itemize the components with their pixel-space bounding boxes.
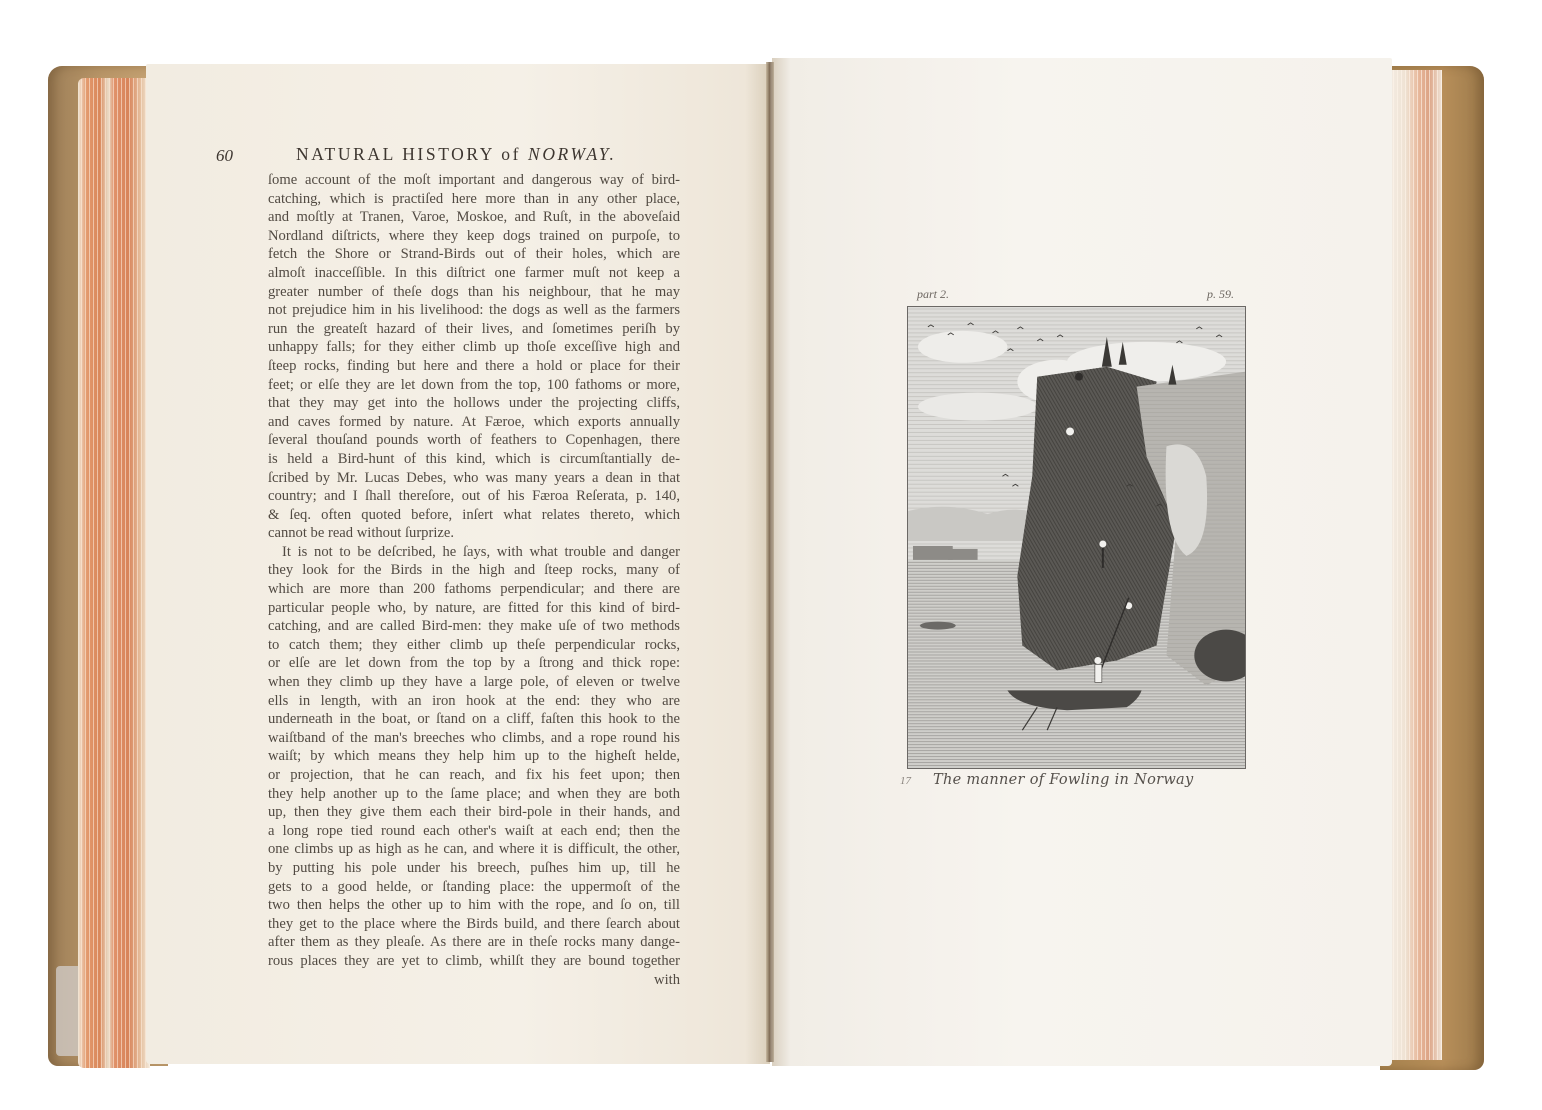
text-line: & ſeq. often quoted before, inſert what … xyxy=(268,506,680,525)
text-line: up, then they give them each their bird-… xyxy=(268,803,680,822)
text-line: waiſtband of the man's breeches who clim… xyxy=(268,729,680,748)
text-line: when they climb up they have a large pol… xyxy=(268,673,680,692)
running-head-italic: NORWAY. xyxy=(528,144,616,164)
text-line: catching, and are called Bird-men: they … xyxy=(268,617,680,636)
text-line: ells in length, with an iron hook at the… xyxy=(268,692,680,711)
text-line: a long rope tied round each other's waiſ… xyxy=(268,822,680,841)
plate-caption: The manner of Fowling in Norway xyxy=(933,772,1194,788)
text-line: catching, which is practiſed here more t… xyxy=(268,190,680,209)
text-line: feet; or elſe they are let down from the… xyxy=(268,376,680,395)
text-line: underneath in the boat, or ſtand on a cl… xyxy=(268,710,680,729)
fowling-engraving-image xyxy=(908,307,1245,768)
text-line: they help another up to the ſame place; … xyxy=(268,785,680,804)
catchword: with xyxy=(268,971,680,990)
plate-number: 17 xyxy=(900,775,911,787)
text-line: It is not to be deſcribed, he ſays, with… xyxy=(268,543,680,562)
text-line: after them as they pleaſe. As there are … xyxy=(268,933,680,952)
text-line: or elſe are let down from the top by a ſ… xyxy=(268,654,680,673)
body-text: ſome account of the moſt important and d… xyxy=(268,171,680,989)
text-line: and moſtly at Tranen, Varoe, Moskoe, and… xyxy=(268,208,680,227)
running-head: NATURAL HISTORY of NORWAY. xyxy=(296,144,617,165)
text-line: ſome account of the moſt important and d… xyxy=(268,171,680,190)
text-line: country; and I ſhall thereſore, out of h… xyxy=(268,487,680,506)
text-line: by putting his pole under his breech, pu… xyxy=(268,859,680,878)
text-line: Nordland diſtricts, where they keep dogs… xyxy=(268,227,680,246)
text-line: ſcribed by Mr. Lucas Debes, who was many… xyxy=(268,469,680,488)
running-head-main: NATURAL HISTORY of xyxy=(296,144,521,164)
right-page-edges xyxy=(1390,70,1442,1060)
text-line: is held a Bird-hunt of this kind, which … xyxy=(268,450,680,469)
text-line: two then helps the other up to him with … xyxy=(268,896,680,915)
text-line: waiſt; by which means they help him up t… xyxy=(268,747,680,766)
text-line: which are more than 200 fathoms perpendi… xyxy=(268,580,680,599)
text-line: particular people who, by nature, are fi… xyxy=(268,599,680,618)
left-page-edges xyxy=(78,78,150,1068)
text-line: they get to the place where the Birds bu… xyxy=(268,915,680,934)
text-line: and caves formed by nature. At Færoe, wh… xyxy=(268,413,680,432)
text-line: one climbs up as high as he can, and whe… xyxy=(268,840,680,859)
text-line: gets to a good helde, or ſtanding place:… xyxy=(268,878,680,897)
text-line: ſeveral thouſand pounds worth of feather… xyxy=(268,431,680,450)
text-line: to catch them; they either climb up theſ… xyxy=(268,636,680,655)
text-line: they look for the Birds in the high and … xyxy=(268,561,680,580)
text-line: greater number of theſe dogs than his ne… xyxy=(268,283,680,302)
text-line: that they may get into the hollows under… xyxy=(268,394,680,413)
text-line: cannot be read without ſurprize. xyxy=(268,524,680,543)
plate-part-label: part 2. xyxy=(917,287,949,302)
plate-page-label: p. 59. xyxy=(1207,287,1234,302)
text-line: almoſt inacceſſible. In this diſtrict on… xyxy=(268,264,680,283)
text-line: ſteep rocks, finding but here and there … xyxy=(268,357,680,376)
text-line: run the greateſt hazard of their lives, … xyxy=(268,320,680,339)
book-gutter xyxy=(766,62,774,1062)
text-line: unhappy falls; for they either climb up … xyxy=(268,338,680,357)
text-line: or projection, that he can reach, and fi… xyxy=(268,766,680,785)
text-line: fetch the Shore or Strand-Birds out of t… xyxy=(268,245,680,264)
engraving-plate xyxy=(907,306,1246,769)
page-number: 60 xyxy=(216,146,233,166)
text-line: not prejudice him in his livelihood: the… xyxy=(268,301,680,320)
text-line: rous places they are yet to climb, whilſ… xyxy=(268,952,680,971)
